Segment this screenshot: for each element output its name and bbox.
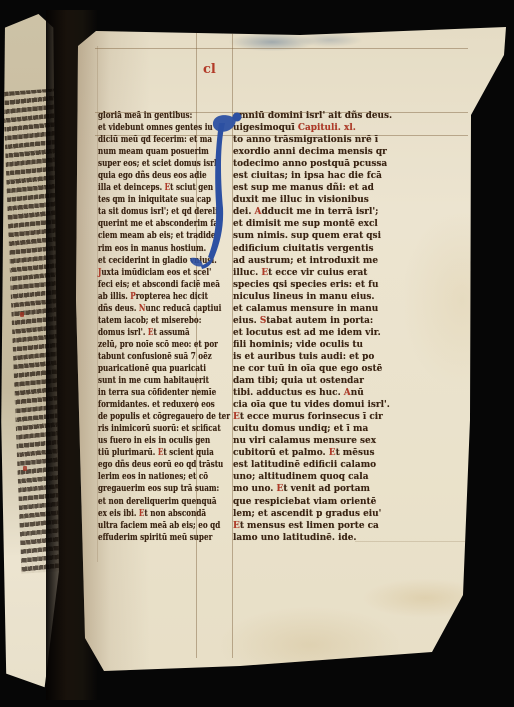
text-segment: et non dereliquerim quenquā <box>98 496 217 507</box>
text-segment: t ecce murus forinsecus ī cir <box>240 411 383 422</box>
manuscript-line: et non dereliquerim quenquā <box>98 496 177 508</box>
manuscript-line: Et mensus est limen porte ca <box>233 520 406 532</box>
manuscript-line: exordio anni decima mensis qr <box>233 146 406 158</box>
manuscript-line: tatem iacob; et miserebo: <box>98 315 177 327</box>
text-segment: niculus lineus in manu eius. <box>233 291 374 302</box>
manuscript-line: todecimo anno postquā pcussa <box>233 158 406 170</box>
text-segment: dñs deus. <box>98 303 139 314</box>
manuscript-line: uno; altitudinem quoq cala <box>233 471 406 483</box>
text-segment: de populis et cōgregauero de ter <box>98 411 230 422</box>
manuscript-line: diciū meū qd fecerim: et ma <box>98 134 177 146</box>
manuscript-line: dam tibi; quia ut ostendar <box>233 375 406 387</box>
manuscript-line: et calamus mensure in manu <box>233 303 406 315</box>
text-segment: is et auribus tuis audi: et po <box>233 351 374 362</box>
text-segment: tatem iacob; et miserebo: <box>98 315 201 326</box>
manuscript-line: lamo uno latitudinē. ide. <box>233 532 406 544</box>
text-segment: ex eis ibi. <box>98 508 139 519</box>
manuscript-line: illa et deinceps. Et sciut gen <box>98 182 177 194</box>
text-segment: uno; altitudinem quoq cala <box>233 471 368 482</box>
column-left: gloriā meā in gentibus:et videbunt omnes… <box>98 110 177 544</box>
manuscript-line: tibi. adductus es huc. Anū <box>233 387 406 399</box>
text-segment: t assumā <box>153 327 189 338</box>
text-segment: est latitudinē edificii calamo <box>233 459 376 470</box>
text-segment: t mensus est limen porte ca <box>240 520 379 531</box>
text-segment: zelū, pro noīe scō meo: et por <box>98 339 218 350</box>
manuscript-line: ego dñs deus eorū eo qd trāstu <box>98 459 177 471</box>
manuscript-line: gloriā meā in gentibus: <box>98 110 177 122</box>
manuscript-line: ris inimicorū suorū: et scificat <box>98 423 177 435</box>
manuscript-line: ne cor tuū in oīa que ego ostē <box>233 363 406 375</box>
manuscript-line: ultra faciem meā ab eis; eo qd <box>98 520 177 532</box>
manuscript-line: mo uno. Et venit ad portam <box>233 483 406 495</box>
text-segment: t ecce vir cuius erat <box>268 267 367 278</box>
manuscript-line: que respiciebat viam orientē <box>233 496 406 508</box>
text-segment: eius. <box>233 315 260 326</box>
manuscript-line: ab illis. Propterea hec dicit <box>98 291 177 303</box>
manuscript-line: et dimisit me sup montē excl <box>233 218 406 230</box>
manuscript-line: nu viri calamus mensure sex <box>233 435 406 447</box>
manuscript-line: cia oīa que tu vides domui isrl'. <box>233 399 406 411</box>
text-segment: nu viri calamus mensure sex <box>233 435 376 446</box>
manuscript-line: de populis et cōgregauero de ter <box>98 411 177 423</box>
text-segment: effuderim spiritū meū super <box>98 532 212 543</box>
manuscript-line: num meam quam posuerim <box>98 146 177 158</box>
manuscript-line: cubitorū et palmo. Et mēsus <box>233 447 406 459</box>
manuscript-line: domus isrl'. Et assumā <box>98 327 177 339</box>
manuscript-line: illuc. Et ecce vir cuius erat <box>233 267 406 279</box>
manuscript-line: et locutus est ad me idem vir. <box>233 327 406 339</box>
manuscript-line: querint me et absconderim fa <box>98 218 177 230</box>
text-segment: domus isrl'. <box>98 327 148 338</box>
text-segment: lerim eos in nationes; et cō <box>98 471 208 482</box>
manuscript-line: dñs deus. Nunc reducā captiui <box>98 303 177 315</box>
text-segment: tibi. adductus es huc. <box>233 387 344 398</box>
text-segment: t non abscondā <box>144 508 206 519</box>
manuscript-line: us fuero in eis in oculis gen <box>98 435 177 447</box>
manuscript-line: lerim eos in nationes; et cō <box>98 471 177 483</box>
manuscript-line: is et auribus tuis audi: et po <box>233 351 406 363</box>
manuscript-line: eius. Stabat autem in porta: <box>233 315 406 327</box>
text-segment: tiū plurimarū. <box>98 447 158 458</box>
manuscript-line: formidantes. et reduxero eos <box>98 399 177 411</box>
manuscript-line: zelū, pro noīe scō meo: et por <box>98 339 177 351</box>
quire-mark: cl <box>203 62 216 77</box>
text-segment: cuitu domus undiq; et ī ma <box>233 423 368 434</box>
text-segment: t venit ad portam <box>283 483 370 494</box>
manuscript-line: et ceciderint in gladio vniusi. <box>98 255 177 267</box>
manuscript-line: tabunt confusionē suā 7 oēz <box>98 351 177 363</box>
manuscript-line: niculus lineus in manu eius. <box>233 291 406 303</box>
manuscript-line: dei. Adducit me in terrā isrl'; <box>233 206 406 218</box>
text-segment: ris inimicorū suorū: et scificat <box>98 423 221 434</box>
manuscript-line: edificium ciuitatis vergentis <box>233 243 406 255</box>
text-segment: us fuero in eis in oculis gen <box>98 435 210 446</box>
red-ink-fleck <box>23 466 27 471</box>
manuscript-line: est ciuitas; in ipsa hac die fcā <box>233 170 406 182</box>
text-segment: ne cor tuū in oīa que ego ostē <box>233 363 382 374</box>
text-segment: gloriā meā in gentibus: <box>98 110 192 121</box>
text-segment: cubitorū et palmo. <box>233 447 329 458</box>
text-segment: dducit me in terrā isrl'; <box>261 206 378 217</box>
manuscript-line: uigesimoquī Capituli. xl. <box>233 122 406 134</box>
text-segment: E <box>277 483 284 494</box>
manuscript-line: Juxta imūdiciam eos et scel' <box>98 267 177 279</box>
text-segment: ego dñs deus eorū eo qd trāstu <box>98 459 223 470</box>
text-segment: ultra faciem meā ab eis; eo qd <box>98 520 220 531</box>
text-segment: species qsi species eris: et fu <box>233 279 378 290</box>
manuscript-photo: cl gloriā meā in gentibus:et videbunt om… <box>0 0 514 707</box>
text-segment: in terra sua cōfidenter nemīe <box>98 387 216 398</box>
manuscript-line: rim eos in manus hostium. <box>98 243 177 255</box>
text-segment: ab illis. <box>98 291 130 302</box>
text-segment: et calamus mensure in manu <box>233 303 378 314</box>
red-ink-fleck <box>20 312 24 317</box>
text-segment: ropterea hec dicit <box>136 291 208 302</box>
manuscript-line: puaricationē qua puaricati <box>98 363 177 375</box>
text-segment: t scient quia <box>163 447 213 458</box>
manuscript-line: to anno trāsmigrationis nrē ī <box>233 134 406 146</box>
manuscript-line: fili hominis; vide oculis tu <box>233 339 406 351</box>
ruling-line-horizontal <box>95 48 468 49</box>
text-segment: lem; et ascendit p gradus eiu' <box>233 508 381 519</box>
text-segment: unc reducā captiui <box>145 303 221 314</box>
text-segment: exordio anni decima mensis qr <box>233 146 387 157</box>
manuscript-line: super eos; et sciet domus isrl' <box>98 158 177 170</box>
text-segment: cia oīa que tu vides domui isrl'. <box>233 399 390 410</box>
text-segment: lamo uno latitudinē. ide. <box>233 532 357 543</box>
text-segment: et locutus est ad me idem vir. <box>233 327 381 338</box>
text-segment: formidantes. et reduxero eos <box>98 399 215 410</box>
text-segment: dam tibi; quia ut ostendar <box>233 375 364 386</box>
manuscript-line: duxit me illuc in visionibus <box>233 194 406 206</box>
manuscript-line: est sup me manus dñi: et ad <box>233 182 406 194</box>
text-segment: illa et deinceps. <box>98 182 165 193</box>
manuscript-line: quia ego dñs deus eos adie <box>98 170 177 182</box>
manuscript-line: sum nimis. sup quem erat qsi <box>233 230 406 242</box>
manuscript-line: est latitudinē edificii calamo <box>233 459 406 471</box>
manuscript-line: et videbunt omnes gentes iu <box>98 122 177 134</box>
column-right: omniū domini isrl' ait dñs deus.uigesimo… <box>233 110 406 544</box>
manuscript-line: tes qm in iniquitate sua cap <box>98 194 177 206</box>
text-segment: tabunt confusionē suā 7 oēz <box>98 351 212 362</box>
manuscript-line: tiū plurimarū. Et scient quia <box>98 447 177 459</box>
manuscript-line: ciem meam ab eis; et tradide <box>98 230 177 242</box>
manuscript-line: Et ecce murus forinsecus ī cir <box>233 411 406 423</box>
manuscript-line: species qsi species eris: et fu <box>233 279 406 291</box>
manuscript-line: feci eis; et abscondi faciē meā <box>98 279 177 291</box>
text-segment: que respiciebat viam orientē <box>233 496 376 507</box>
manuscript-line: ta sit domus isrl'; et qd dereli <box>98 206 177 218</box>
text-segment: mo uno. <box>233 483 277 494</box>
manuscript-line: gregauerim eos sup trā suam: <box>98 483 177 495</box>
manuscript-line: cuitu domus undiq; et ī ma <box>233 423 406 435</box>
text-segment: omniū domini isrl' ait dñs deus. <box>233 110 392 121</box>
text-segment: fili hominis; vide oculis tu <box>233 339 363 350</box>
manuscript-line: sunt in me cum habitauerit <box>98 375 177 387</box>
manuscript-line: ad austrum; et introduxit me <box>233 255 406 267</box>
blue-initial-icon <box>184 108 256 276</box>
manuscript-line: effuderim spiritū meū super <box>98 532 177 544</box>
text-segment: Capituli. xl. <box>298 122 356 133</box>
text-segment: gregauerim eos sup trā suam: <box>98 483 219 494</box>
text-segment: todecimo anno postquā pcussa <box>233 158 387 169</box>
manuscript-line: ex eis ibi. Et non abscondā <box>98 508 177 520</box>
manuscript-line: in terra sua cōfidenter nemīe <box>98 387 177 399</box>
illuminated-initial-I <box>184 108 256 276</box>
text-segment: feci eis; et abscondi faciē meā <box>98 279 220 290</box>
manuscript-line: lem; et ascendit p gradus eiu' <box>233 508 406 520</box>
text-segment: puaricationē qua puaricati <box>98 363 206 374</box>
text-segment: sunt in me cum habitauerit <box>98 375 209 386</box>
manuscript-line: omniū domini isrl' ait dñs deus. <box>233 110 406 122</box>
text-segment: nū <box>351 387 364 398</box>
text-segment: tabat autem in porta: <box>266 315 373 326</box>
text-segment: t mēsus <box>336 447 375 458</box>
